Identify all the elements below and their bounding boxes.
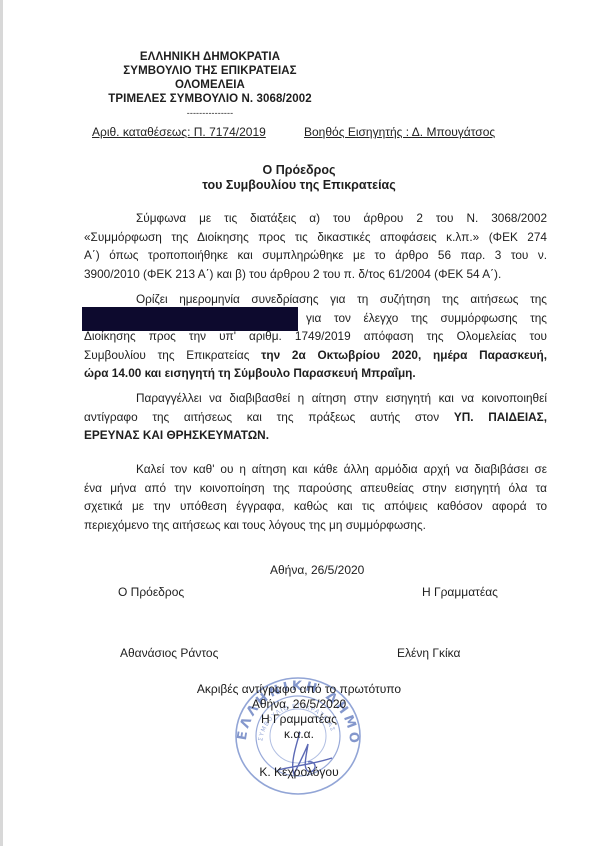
p4-line: σχετικά με την υπόθεση έγγραφα, καθώς κα… [84, 497, 547, 516]
header-line-council: ΣΥΜΒΟΥΛΙΟ ΤΗΣ ΕΠΙΚΡΑΤΕΙΑΣ [100, 64, 320, 78]
title-council: του Συμβουλίου της Επικρατείας [0, 178, 598, 193]
paragraph-forwarding: Παραγγέλλει να διαβιβασθεί η αίτηση στην… [84, 389, 547, 445]
header-line-committee: ΤΡΙΜΕΛΕΣ ΣΥΜΒΟΥΛΙΟ Ν. 3068/2002 [95, 92, 325, 106]
hearing-time-rapporteur: ώρα 14.00 και εισηγητή τη Σύμβουλο Παρασ… [84, 366, 416, 380]
assistant-rapporteur: Βοηθός Εισηγητής : Δ. Μπουγάτσος [304, 125, 495, 139]
p4-line: Καλεί τον καθ' ου η αίτηση και κάθε άλλη… [84, 460, 547, 479]
title-president: Ο Πρόεδρος [0, 163, 598, 178]
certified-copy-line: Ακριβές αντίγραφο από το πρωτότυπο [0, 682, 598, 698]
certified-copy-on-behalf: κ.α.α. [0, 727, 598, 743]
president-name: Αθανάσιος Ράντος [120, 646, 218, 660]
paragraph-legal-basis: Σύμφωνα με τις διατάξεις α) του άρθρου 2… [84, 209, 547, 283]
secretary-role: Η Γραμματέας [422, 585, 498, 599]
header-separator: --------------- [100, 106, 320, 120]
p4-line: περιεχόμενο της αιτήσεως και τους λόγους… [84, 516, 547, 535]
paragraph-summons: Καλεί τον καθ' ου η αίτηση και κάθε άλλη… [84, 460, 547, 534]
p2-line: Συμβουλίου της Επικρατείας την 2α Οκτωβρ… [84, 346, 547, 365]
p3-line: Παραγγέλλει να διαβιβασθεί η αίτηση στην… [84, 389, 547, 408]
certified-copy-date: Αθήνα, 26/5/2020 [0, 697, 598, 713]
p2-line4-plain: Συμβουλίου της Επικρατείας [84, 348, 261, 362]
p2-line: Ορίζει ημερομηνία συνεδρίασης για τη συζ… [84, 290, 547, 309]
header-line-plenary: ΟΛΟΜΕΛΕΙΑ [100, 78, 320, 92]
hearing-date: την 2α Οκτωβρίου 2020, ημέρα Παρασκευή, [261, 348, 547, 362]
header-line-republic: ΕΛΛΗΝΙΚΗ ΔΗΜΟΚΡΑΤΙΑ [100, 50, 320, 64]
paragraph-hearing-date: Ορίζει ημερομηνία συνεδρίασης για τη συζ… [84, 290, 547, 383]
p1-line: Σύμφωνα με τις διατάξεις α) του άρθρου 2… [84, 209, 547, 228]
p4-line: ένα μήνα από την κοινοποίηση της παρούση… [84, 479, 547, 498]
president-role: Ο Πρόεδρος [118, 585, 184, 599]
certified-copy-name: Κ. Κεχρολόγου [0, 765, 598, 781]
place-date: Αθήνα, 26/5/2020 [270, 563, 364, 577]
p3-line2-plain: αντίγραφο της αιτήσεως και της πράξεως α… [84, 410, 454, 424]
p1-line: 3900/2010 (ΦΕΚ 213 Α΄) και β) του άρθρου… [84, 265, 547, 284]
p2-line: ώρα 14.00 και εισηγητή τη Σύμβουλο Παρασ… [84, 364, 547, 383]
ministry-name-cont: ΕΡΕΥΝΑΣ ΚΑΙ ΘΡΗΣΚΕΥΜΑΤΩΝ. [84, 428, 269, 442]
certified-copy-role: Η Γραμματέας [0, 712, 598, 728]
p3-line: αντίγραφο της αιτήσεως και της πράξεως α… [84, 408, 547, 427]
redaction-block [82, 307, 298, 331]
filing-number: Αριθ. καταθέσεως: Π. 7174/2019 [92, 125, 266, 139]
p3-line: ΕΡΕΥΝΑΣ ΚΑΙ ΘΡΗΣΚΕΥΜΑΤΩΝ. [84, 426, 547, 445]
p1-line: «Συμμόρφωση της Διοίκησης προς τις δικασ… [84, 228, 547, 247]
p1-line: Α΄) όπως τροποποιήθηκε και συμπληρώθηκε … [84, 246, 547, 265]
secretary-name: Ελένη Γκίκα [397, 646, 460, 660]
ministry-name: ΥΠ. ΠΑΙΔΕΙΑΣ, [454, 410, 547, 424]
